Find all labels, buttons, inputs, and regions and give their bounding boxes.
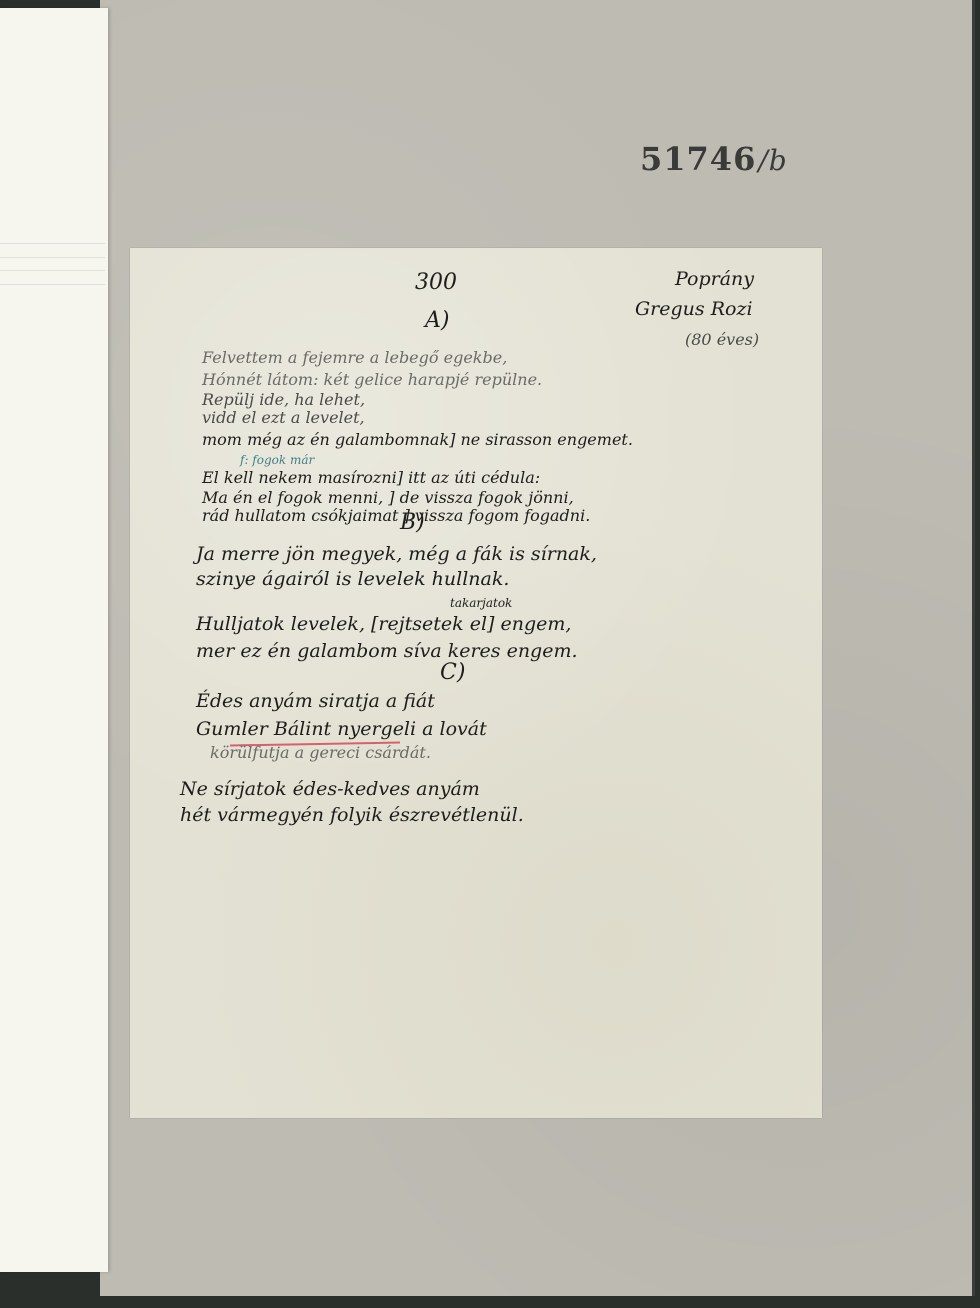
section-c-label: C) xyxy=(440,660,465,685)
song-line: Repülj ide, ha lehet, xyxy=(202,390,365,409)
song-line: mom még az én galambomnak] ne sirasson e… xyxy=(202,430,633,449)
song-line: Felvettem a fejemre a lebegő egekbe, xyxy=(202,348,507,367)
song-line: szinye ágairól is levelek hullnak. xyxy=(196,568,509,590)
informant-name: Gregus Rozi xyxy=(635,298,753,320)
song-line: Ma én el fogok menni, ] de vissza fogok … xyxy=(202,488,574,507)
song-line: vidd el ezt a levelet, xyxy=(202,408,365,427)
call-number-suffix: /b xyxy=(758,144,787,177)
section-a-label: A) xyxy=(425,308,449,333)
music-staff-faint xyxy=(0,243,105,285)
section-b-label: B) xyxy=(400,510,425,535)
call-number-main: 51746 xyxy=(640,140,756,178)
song-line: Gumler Bálint nyergeli a lovát xyxy=(196,718,487,740)
song-line: El kell nekem masírozni] itt az úti cédu… xyxy=(202,468,540,487)
adjacent-page xyxy=(0,8,108,1272)
page-number: 300 xyxy=(415,270,457,295)
song-line: Hónnét látom: két gelice harapjé repülne… xyxy=(202,370,542,389)
song-line: körülfutja a gereci csárdát. xyxy=(210,743,431,762)
song-line: rád hullatom csókjaimat ] vissza fogom f… xyxy=(202,506,590,525)
location: Poprány xyxy=(675,268,754,290)
correction-above: takarjatok xyxy=(450,596,512,610)
manuscript-slip: 300 Poprány Gregus Rozi (80 éves) A) Fel… xyxy=(130,248,822,1118)
song-line: Édes anyám siratja a fiát xyxy=(196,690,435,712)
song-line: Ne sírjatok édes-kedves anyám xyxy=(180,778,480,800)
song-line: Ja merre jön megyek, még a fák is sírnak… xyxy=(196,543,597,565)
archive-call-number: 51746/b xyxy=(640,140,788,178)
song-line: mer ez én galambom síva keres engem. xyxy=(196,640,578,662)
song-line-corrected: Hulljatok levelek, [rejtsetek el] engem, xyxy=(196,613,571,635)
informant-age: (80 éves) xyxy=(685,330,759,349)
song-line: hét vármegyén folyik észrevétlenül. xyxy=(180,804,524,826)
blue-insertion: f: fogok már xyxy=(240,453,314,467)
